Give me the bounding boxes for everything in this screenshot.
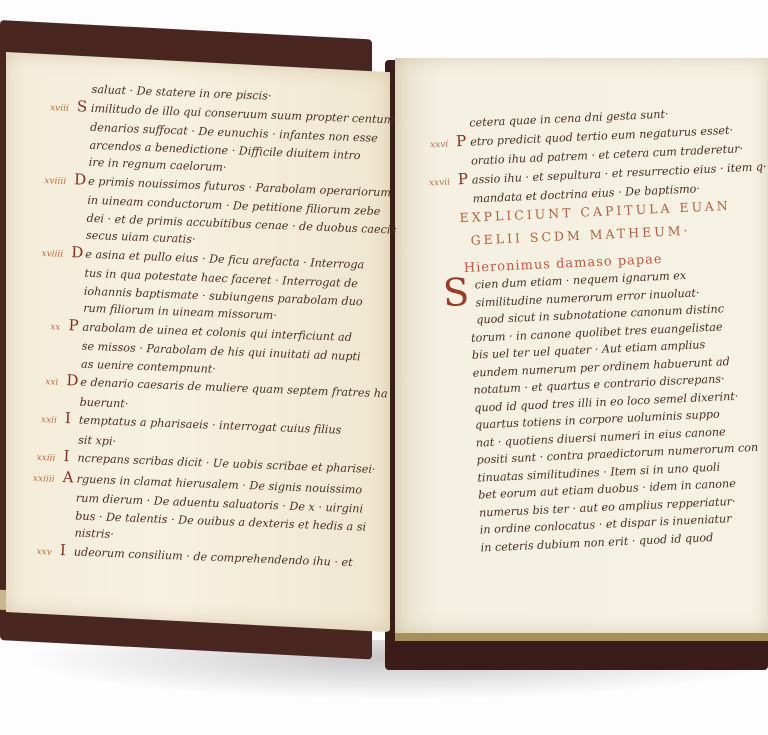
initial-letter — [73, 221, 87, 222]
initial-letter: D — [66, 372, 81, 390]
chapter-number — [397, 165, 457, 168]
letter-body: S cien dum etiam · nequem ignarum exsimi… — [402, 263, 768, 560]
chapter-number: xviii — [17, 98, 78, 118]
chapter-number: xxvi — [396, 136, 457, 156]
initial-letter — [75, 148, 89, 149]
chapter-number — [7, 364, 67, 366]
initial-letter — [455, 127, 469, 128]
chapter-number — [10, 291, 70, 293]
chapter-number — [15, 163, 75, 165]
chapter-number: xxvii — [398, 174, 459, 194]
initial-letter: I — [65, 410, 80, 428]
initial-letter: I — [60, 541, 75, 559]
chapter-number — [16, 128, 76, 130]
chapter-number — [12, 236, 72, 238]
chapter-number — [0, 534, 60, 536]
chapter-number: xxii — [5, 411, 66, 431]
chapter-number — [8, 347, 68, 349]
chapter-number — [13, 218, 73, 220]
initial-letter: S — [77, 98, 92, 116]
initial-letter — [70, 294, 84, 295]
initial-letter — [73, 203, 87, 204]
chapter-number — [2, 499, 62, 501]
chapter-number — [1, 516, 61, 518]
chapter-number — [18, 90, 78, 92]
chapter-number — [6, 402, 66, 404]
chapter-number: xviiii — [14, 171, 75, 191]
initial-letter: P — [456, 132, 471, 150]
initial-letter — [69, 311, 83, 312]
initial-letter — [60, 536, 74, 537]
initial-letter — [68, 349, 82, 350]
chapter-number: xx — [8, 317, 69, 337]
chapter-number — [399, 203, 459, 206]
chapter-number — [396, 127, 456, 130]
chapter-number — [4, 440, 64, 442]
chapter-number: xviiii — [11, 244, 72, 264]
initial-letter — [72, 238, 86, 239]
initial-letter — [62, 501, 76, 502]
initial-letter — [76, 130, 90, 131]
chapter-number: xxiii — [3, 449, 64, 469]
initial-letter — [75, 165, 89, 166]
initial-letter: D — [74, 171, 89, 189]
initial-letter — [65, 405, 79, 406]
right-page-text: cetera quae in cena dni gesta sunt·xxviP… — [395, 101, 768, 559]
initial-letter — [77, 92, 91, 93]
chapter-number: xxv — [0, 542, 60, 562]
initial-letter: P — [68, 317, 83, 335]
initial-letter — [61, 518, 75, 519]
chapter-number — [13, 201, 73, 203]
initial-letter — [457, 165, 471, 166]
initial-letter: I — [63, 448, 78, 466]
initial-letter — [459, 203, 473, 204]
chapter-number — [10, 274, 70, 276]
chapter-number: xxi — [6, 373, 67, 393]
chapter-number: xxiiii — [2, 469, 63, 489]
initial-letter: P — [457, 170, 472, 188]
initial-letter — [70, 276, 84, 277]
initial-letter: D — [71, 244, 86, 262]
initial-letter — [67, 367, 81, 368]
initial-letter: A — [62, 469, 77, 487]
chapter-number — [9, 309, 69, 311]
initial-letter — [64, 443, 78, 444]
chapter-number — [15, 145, 75, 147]
